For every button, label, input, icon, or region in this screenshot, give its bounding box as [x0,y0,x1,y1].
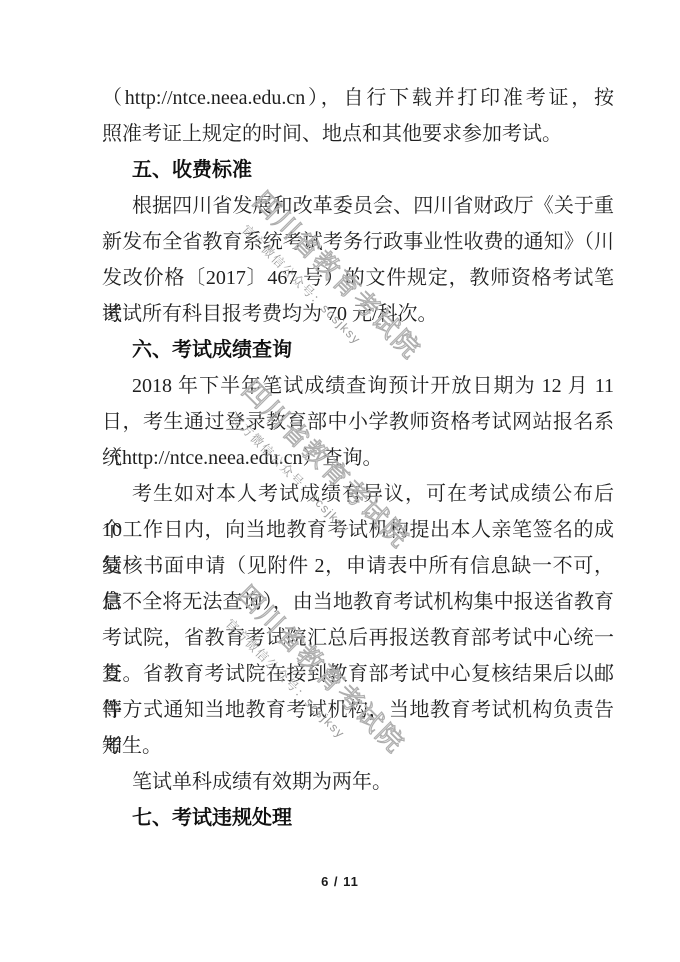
page-number: 6 / 11 [0,874,680,889]
text-line: 查。省教育考试院在接到教育部考试中心复核结果后以邮件 [102,656,614,692]
text-line: 考生。 [102,728,614,764]
text-line: 考生如对本人考试成绩有异议，可在考试成绩公布后 10 [102,476,614,512]
text-line: 等方式通知当地教育考试机构，当地教育考试机构负责告知 [102,692,614,728]
text-line: 考试所有科目报考费均为 70 元/科次。 [102,296,614,332]
document-text-block: （http://ntce.neea.edu.cn），自行下载并打印准考证，按照准… [102,80,614,836]
text-line: 考试院，省教育考试院汇总后再报送教育部考试中心统一复 [102,620,614,656]
text-line: 发改价格〔2017〕467 号）的文件规定，教师资格考试笔试 [102,260,614,296]
text-line: 照准考证上规定的时间、地点和其他要求参加考试。 [102,116,614,152]
text-line: （http://ntce.neea.edu.cn），自行下载并打印准考证，按 [102,80,614,116]
section-heading: 七、考试违规处理 [102,800,614,836]
text-line: 复核书面申请（见附件 2，申请表中所有信息缺一不可，信 [102,548,614,584]
text-line: （http://ntce.neea.edu.cn）查询。 [102,440,614,476]
text-line: 日，考生通过登录教育部中小学教师资格考试网站报名系统 [102,404,614,440]
section-heading: 五、收费标准 [102,152,614,188]
text-line: 笔试单科成绩有效期为两年。 [102,764,614,800]
section-heading: 六、考试成绩查询 [102,332,614,368]
document-page: （http://ntce.neea.edu.cn），自行下载并打印准考证，按照准… [0,0,680,962]
text-line: 息不全将无法查询），由当地教育考试机构集中报送省教育 [102,584,614,620]
text-line: 根据四川省发展和改革委员会、四川省财政厅《关于重 [102,188,614,224]
text-line: 2018 年下半年笔试成绩查询预计开放日期为 12 月 11 [102,368,614,404]
text-line: 个工作日内，向当地教育考试机构提出本人亲笔签名的成绩 [102,512,614,548]
text-line: 新发布全省教育系统考试考务行政事业性收费的通知》（川 [102,224,614,260]
